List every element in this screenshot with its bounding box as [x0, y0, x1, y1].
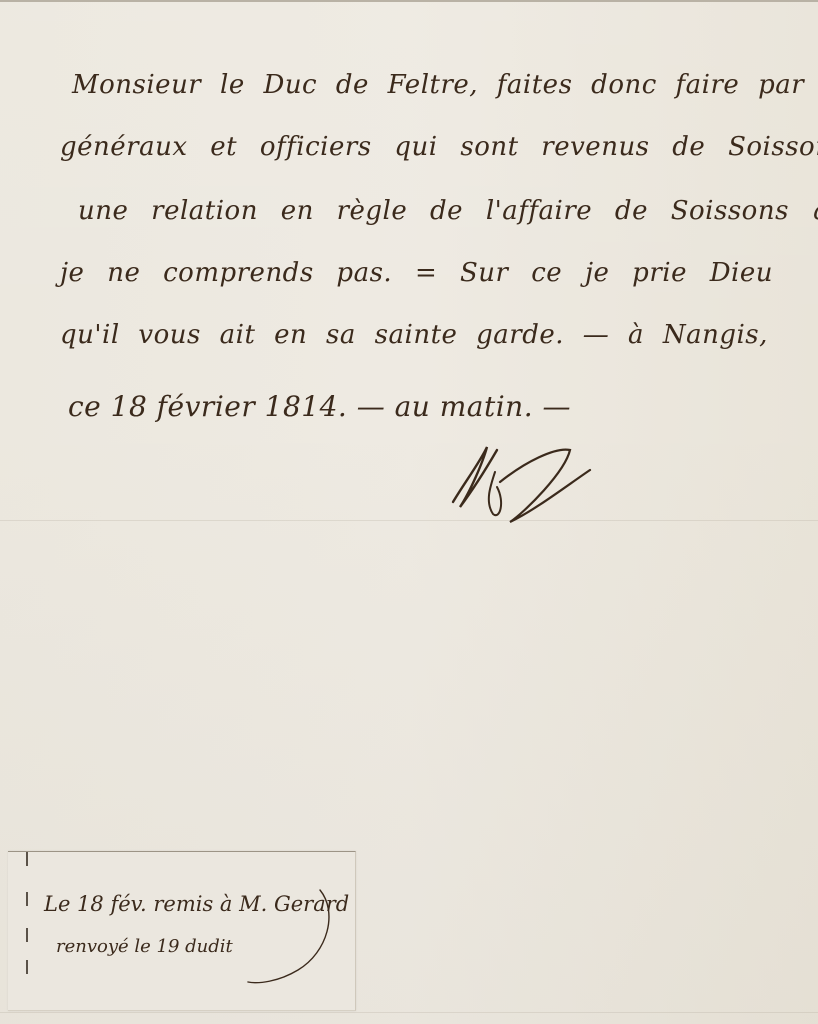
paper-top-edge [0, 0, 818, 2]
stitch-mark [26, 928, 28, 942]
signature-napoleon-icon [445, 442, 605, 532]
paper-fold [0, 520, 818, 521]
archival-note-slip: Le 18 fév. remis à M. Gerard renvoyé le … [8, 851, 356, 1011]
signature [445, 442, 605, 532]
letter-line-1: Monsieur le Duc de Feltre, faites donc f… [72, 70, 818, 100]
letter-line-4: je ne comprends pas. = Sur ce je prie Di… [60, 258, 773, 288]
note-line-2: renvoyé le 19 dudit [56, 936, 233, 957]
letter-line-5: qu'il vous ait en sa sainte garde. — à N… [60, 320, 768, 350]
stitch-mark [26, 892, 28, 906]
paper-fold [0, 1012, 818, 1013]
letter-page: Monsieur le Duc de Feltre, faites donc f… [0, 0, 818, 1024]
stitch-mark [26, 852, 28, 866]
letter-line-2: généraux et officiers qui sont revenus d… [60, 132, 818, 162]
letter-line-6-date: ce 18 février 1814. — au matin. — [68, 390, 571, 423]
note-flourish-icon [208, 882, 348, 992]
letter-line-3: une relation en règle de l'affaire de So… [78, 196, 818, 226]
stitch-mark [26, 960, 28, 974]
